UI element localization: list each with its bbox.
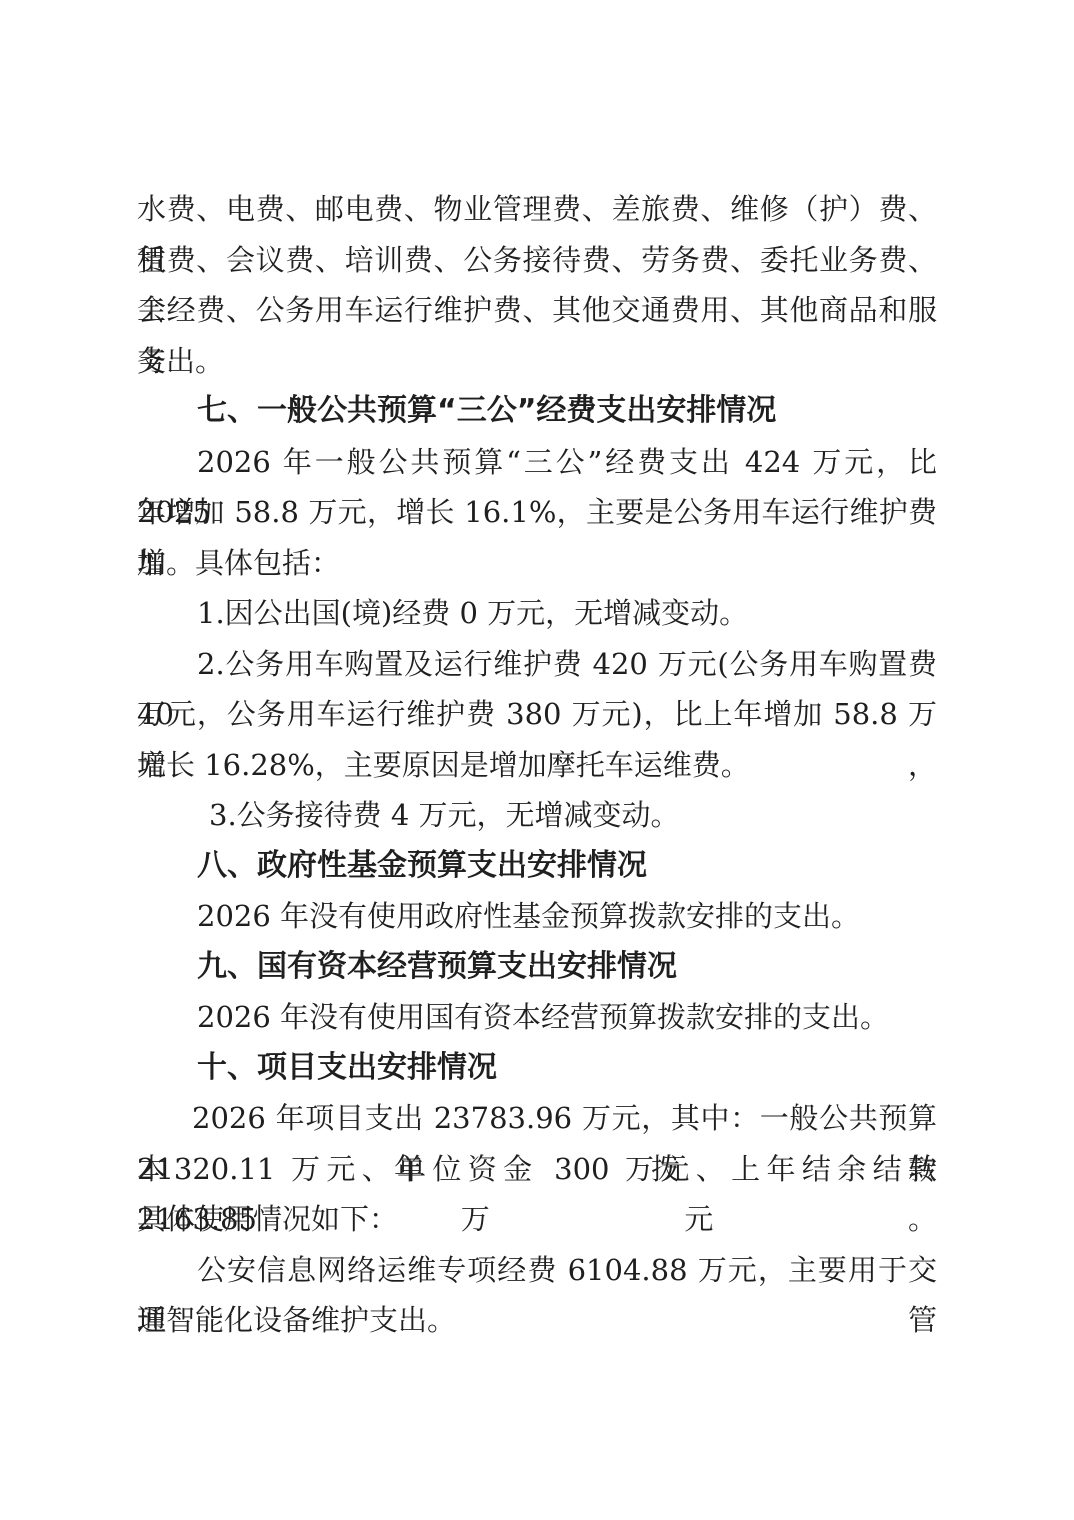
list-item-official-vehicles: 2.公务用车购置及运行维护费 420 万元(公务用车购置费 40 万元，公务用车… [137,639,937,791]
paragraph-project-expenditure-overview: 2026 年项目支出 23783.96 万元，其中：一般公共预算本年拨款 213… [137,1093,937,1245]
text-line: 支出。 [137,336,937,387]
text-line: 水费、电费、邮电费、物业管理费、差旅费、维修（护）费、租 [137,184,937,235]
text-line: 1.因公出国(境)经费 0 万元，无增减变动。 [137,588,937,639]
heading-line: 七、一般公共预算“三公”经费支出安排情况 [137,386,937,437]
heading-line: 九、国有资本经营预算支出安排情况 [137,942,937,993]
text-line: 2026 年没有使用政府性基金预算拨款安排的支出。 [137,891,937,942]
text-line: 年增加 58.8 万元，增长 16.1%，主要是公务用车运行维护费增 [137,487,937,538]
section-heading-9: 九、国有资本经营预算支出安排情况 [137,942,937,993]
paragraph-three-public-overview: 2026 年一般公共预算“三公”经费支出 424 万元，比 2025 年增加 5… [137,437,937,589]
section-heading-8: 八、政府性基金预算支出安排情况 [137,841,937,892]
list-item-overseas-trips: 1.因公出国(境)经费 0 万元，无增减变动。 [137,588,937,639]
text-line: 2026 年没有使用国有资本经营预算拨款安排的支出。 [137,992,937,1043]
section-heading-7: 七、一般公共预算“三公”经费支出安排情况 [137,386,937,437]
text-line: 2026 年一般公共预算“三公”经费支出 424 万元，比 2025 [137,437,937,488]
heading-line: 十、项目支出安排情况 [137,1043,937,1094]
text-line: 2.公务用车购置及运行维护费 420 万元(公务用车购置费 40 [137,639,937,690]
text-line: 加。具体包括： [137,538,937,589]
paragraph-police-network-project: 公安信息网络运维专项经费 6104.88 万元，主要用于交通管 理智能化设备维护… [137,1245,937,1346]
text-line: 公安信息网络运维专项经费 6104.88 万元，主要用于交通管 [137,1245,937,1296]
document-page: 水费、电费、邮电费、物业管理费、差旅费、维修（护）费、租 赁费、会议费、培训费、… [0,0,1074,1520]
text-line: 21320.11 万元、单位资金 300 万元、上年结余结转 2163.85 万… [137,1144,937,1195]
paragraph-expense-items: 水费、电费、邮电费、物业管理费、差旅费、维修（护）费、租 赁费、会议费、培训费、… [137,184,937,386]
paragraph-state-capital-budget: 2026 年没有使用国有资本经营预算拨款安排的支出。 [137,992,937,1043]
text-line: 赁费、会议费、培训费、公务接待费、劳务费、委托业务费、工 [137,235,937,286]
heading-line: 八、政府性基金预算支出安排情况 [137,841,937,892]
paragraph-government-fund-budget: 2026 年没有使用政府性基金预算拨款安排的支出。 [137,891,937,942]
document-content: 水费、电费、邮电费、物业管理费、差旅费、维修（护）费、租 赁费、会议费、培训费、… [137,184,937,1346]
list-item-official-reception: 3.公务接待费 4 万元，无增减变动。 [137,790,937,841]
text-line: 会经费、公务用车运行维护费、其他交通费用、其他商品和服务 [137,285,937,336]
text-line: 2026 年项目支出 23783.96 万元，其中：一般公共预算本年拨款 [137,1093,937,1144]
section-heading-10: 十、项目支出安排情况 [137,1043,937,1094]
text-line: 万元，公务用车运行维护费 380 万元)，比上年增加 58.8 万元， [137,689,937,740]
text-line: 3.公务接待费 4 万元，无增减变动。 [137,790,937,841]
